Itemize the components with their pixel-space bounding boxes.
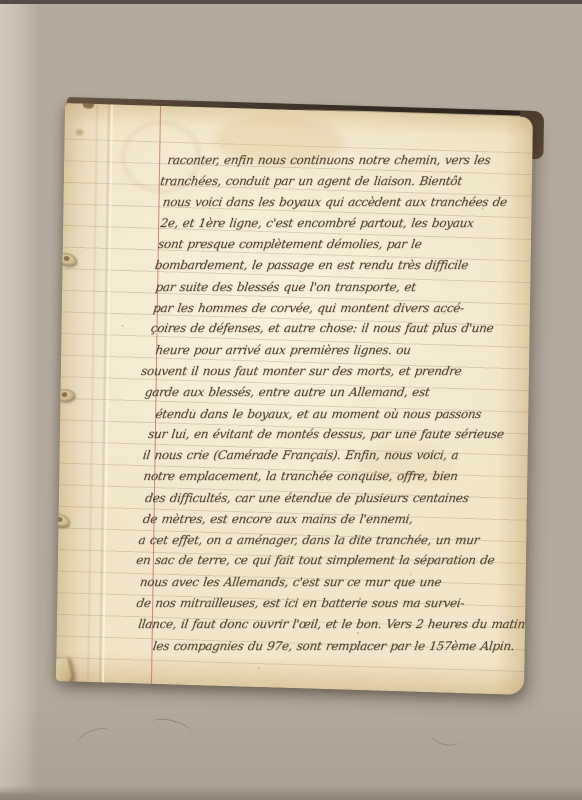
dog-eared-corner <box>56 657 75 690</box>
notebook: raconter, enfin nous continuons notre ch… <box>56 103 533 695</box>
handwritten-line: bombardement, le passage en est rendu tr… <box>153 255 532 276</box>
handwritten-line: sur lui, en évitant de montés dessus, pa… <box>147 424 530 445</box>
scanner-background: raconter, enfin nous continuons notre ch… <box>0 0 582 800</box>
handwritten-line: a cet effet, on a aménager, dans la dite… <box>137 530 528 551</box>
ink-spot <box>76 129 84 135</box>
handwritten-line: par les hommes de corvée, qui montent di… <box>152 298 532 319</box>
handwritten-line: çoires de défenses, et autre chose: il n… <box>149 318 531 339</box>
handwritten-line: heure pour arrivé aux premières lignes. … <box>154 340 531 361</box>
handwritten-line: de nos mitrailleuses, est ici en batteri… <box>135 593 527 614</box>
handwritten-text: raconter, enfin nous continuons notre ch… <box>156 150 531 656</box>
handwritten-line: nous voici dans les boyaux qui accèdent … <box>161 192 533 213</box>
notebook-page: raconter, enfin nous continuons notre ch… <box>56 103 533 695</box>
binding-notch <box>83 103 94 108</box>
paper-speckles <box>65 103 67 105</box>
binding-stitch-knot <box>57 252 78 267</box>
binding-stitch-knot <box>56 512 71 528</box>
handwritten-line: raconter, enfin nous continuons notre ch… <box>166 150 533 171</box>
handwritten-line: souvent il nous faut monter sur des mort… <box>140 361 531 382</box>
handwritten-line: de mètres, est encore aux mains de l'enn… <box>141 509 528 530</box>
scanner-light-strip <box>0 0 38 800</box>
handwritten-line: il nous crie (Camérade Français). Enfin,… <box>141 445 529 466</box>
handwritten-line: llance, il faut donc ouvrir l'œil, et le… <box>137 614 527 635</box>
handwritten-line: notre emplacement, la tranchée conquise,… <box>142 466 529 487</box>
handwritten-line: nous avec les Allemands, c'est sur ce mu… <box>138 572 527 593</box>
handwritten-line: étendu dans le boyaux, et au moment où n… <box>154 404 530 425</box>
scan-top-edge <box>0 0 582 4</box>
handwritten-line: sont presque complètement démolies, par … <box>157 234 533 255</box>
handwritten-line: tranchées, conduit par un agent de liais… <box>159 171 533 192</box>
scan-bottom-edge <box>0 786 582 800</box>
binding-stitch-knot <box>56 388 75 401</box>
handwritten-line: garde aux blessés, entre autre un Allema… <box>143 382 530 403</box>
handwritten-line: des difficultés, car une étendue de plus… <box>144 487 529 508</box>
handwritten-line: par suite des blessés que l'on transport… <box>154 277 532 298</box>
handwritten-line: 2e, et 1ère ligne, c'est encombré partou… <box>159 213 533 234</box>
handwritten-line: les compagnies du 97e, sont remplacer pa… <box>151 636 526 657</box>
spine-crease <box>87 104 98 682</box>
handwritten-line: en sac de terre, ce qui fait tout simple… <box>135 550 528 571</box>
